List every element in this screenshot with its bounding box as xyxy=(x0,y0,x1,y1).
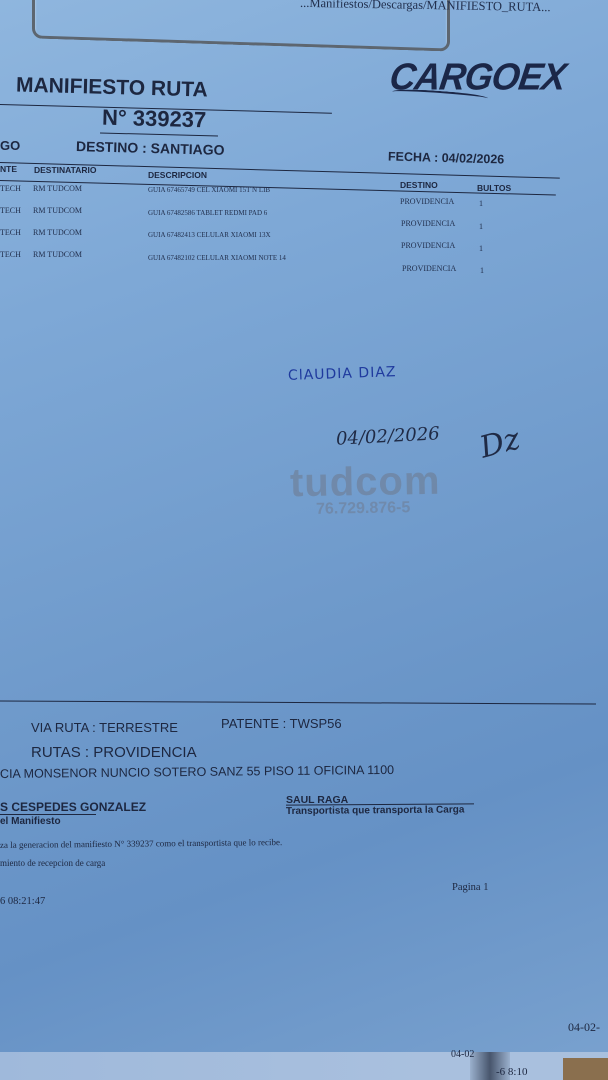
cell-destino: PROVIDENCIA xyxy=(402,264,456,273)
cardboard-edge xyxy=(563,1058,608,1080)
signer-left-role: el Manifiesto xyxy=(0,816,61,827)
cell-remitente: TECH xyxy=(0,206,21,215)
footer-rule xyxy=(0,700,596,704)
handwritten-receiver-name: ClAUDIA DIAZ xyxy=(288,364,397,384)
rutas: RUTAS : PROVIDENCIA xyxy=(31,744,197,761)
origin-label: GO xyxy=(0,138,20,153)
cell-destinatario: RM TUDCOM xyxy=(33,184,82,193)
cell-destino: PROVIDENCIA xyxy=(400,197,454,206)
signer-left-rule xyxy=(0,814,96,815)
cell-bultos: 1 xyxy=(479,222,483,231)
cell-destino: PROVIDENCIA xyxy=(401,241,455,250)
page-number: Pagina 1 xyxy=(452,882,488,893)
stamp-rut: 76.729.876-5 xyxy=(316,499,411,519)
manifest-number: N° 339237 xyxy=(102,105,207,134)
cell-bultos: 1 xyxy=(479,244,483,253)
lower-paper-time: -6 8:10 xyxy=(496,1066,527,1078)
cell-destinatario: RM TUDCOM xyxy=(33,228,82,237)
address: CIA MONSENOR NUNCIO SOTERO SANZ 55 PISO … xyxy=(0,763,394,781)
signer-left-name: S CESPEDES GONZALEZ xyxy=(0,800,146,814)
handwritten-date: 04/02/2026 xyxy=(336,423,441,449)
cell-descripcion: GUIA 67482586 TABLET REDMI PAD 6 xyxy=(148,209,267,217)
print-timestamp: 6 08:21:47 xyxy=(0,896,45,907)
notice-line-1: za la generacion del manifiesto N° 33923… xyxy=(0,837,282,850)
via-ruta: VIA RUTA : TERRESTRE xyxy=(31,720,178,735)
cell-descripcion: GUIA 67482413 CELULAR XIAOMI 13X xyxy=(148,231,271,239)
notice-line-2: miento de recepcion de carga xyxy=(0,858,105,868)
cell-destino: PROVIDENCIA xyxy=(401,219,455,228)
column-descripcion: DESCRIPCION xyxy=(148,170,207,180)
signer-right-role: Transportista que transporta la Carga xyxy=(286,804,464,817)
underlying-page-date: 04-02- xyxy=(568,1020,600,1035)
table-header-rule xyxy=(0,180,556,196)
cell-descripcion: GUIA 67482102 CELULAR XIAOMI NOTE 14 xyxy=(148,254,286,262)
lower-paper-date: 04-02 xyxy=(451,1049,474,1060)
cell-remitente: TECH xyxy=(0,184,21,193)
patente: PATENTE : TWSP56 xyxy=(221,716,342,731)
cell-destinatario: RM TUDCOM xyxy=(33,206,82,215)
column-bultos: BULTOS xyxy=(477,183,511,193)
document-title: MANIFIESTO RUTA xyxy=(16,73,208,102)
date-label: FECHA : 04/02/2026 xyxy=(388,149,505,166)
column-remitente: NTE xyxy=(0,164,17,174)
column-destino: DESTINO xyxy=(400,180,438,190)
cell-destinatario: RM TUDCOM xyxy=(33,250,82,259)
cell-remitente: TECH xyxy=(0,228,21,237)
cell-remitente: TECH xyxy=(0,250,21,259)
column-destinatario: DESTINATARIO xyxy=(34,165,97,175)
cell-descripcion: GUIA 67465749 CEL XIAOMI 15T N LIB xyxy=(148,186,270,194)
cell-bultos: 1 xyxy=(480,266,484,275)
destination-label: DESTINO : SANTIAGO xyxy=(76,138,225,158)
signature: Dz xyxy=(476,421,524,465)
cell-bultos: 1 xyxy=(479,199,483,208)
